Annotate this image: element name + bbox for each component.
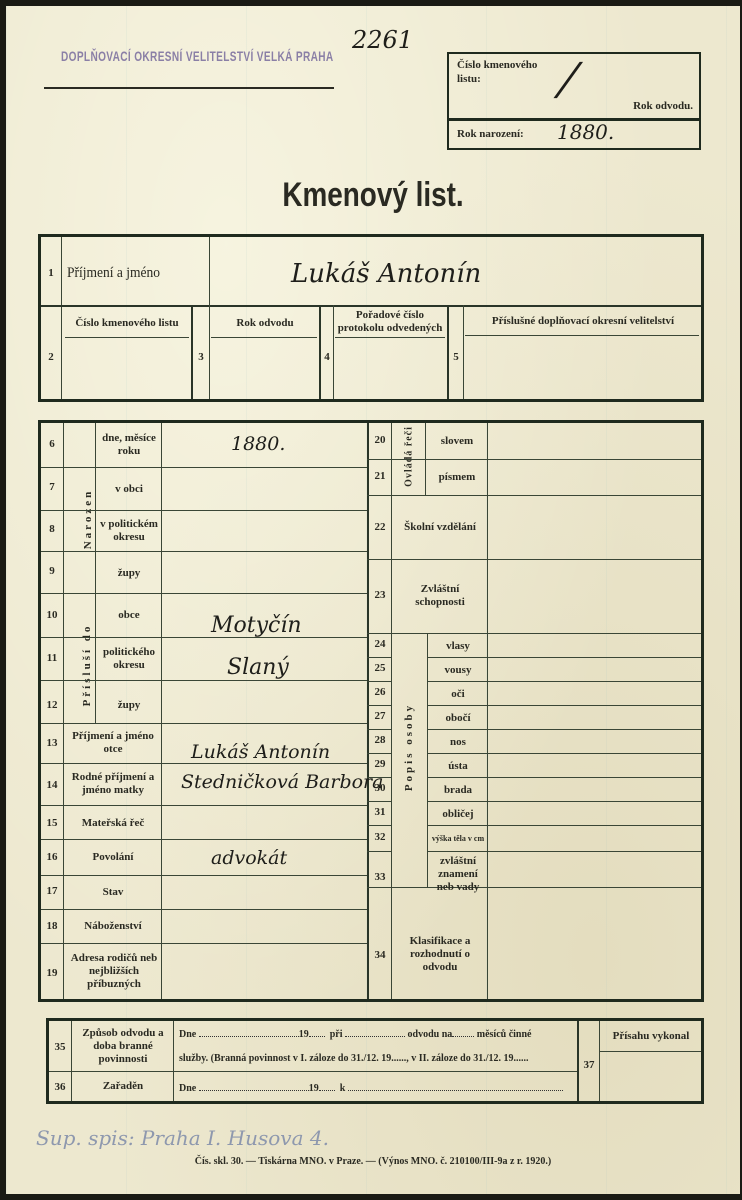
row1-label: Příjmení a jméno xyxy=(67,265,160,282)
row4-label: Pořadové číslo protokolu odvedených xyxy=(333,307,447,337)
obec-value[interactable]: Motyčín xyxy=(211,613,302,638)
section-identity: 1 Příjmení a jméno Lukáš Antonín 2 Číslo… xyxy=(38,234,704,402)
office-stamp: DOPLŇOVACÍ OKRESNÍ VELITELSTVÍ VELKÁ PRA… xyxy=(61,48,334,64)
handwritten-document-number: 2261 xyxy=(352,26,413,54)
row2-label: Číslo kmenového listu xyxy=(63,313,191,333)
section-personal: Narozen Přísluší do 6 dne, měsíce roku 1… xyxy=(38,420,704,1002)
print-footer: Čís. skl. 30. — Tiskárna MNO. v Praze. —… xyxy=(6,1156,740,1167)
rok-odvodu-label: Rok odvodu. xyxy=(633,100,693,112)
row1-value-name[interactable]: Lukáš Antonín xyxy=(291,259,481,289)
pencil-note: Sup. spis: Praha I. Husova 4. xyxy=(36,1126,329,1150)
birth-date-value[interactable]: 1880. xyxy=(231,433,285,455)
row35-label: Způsob odvodu a doba branné povinnosti xyxy=(73,1023,173,1069)
group-prislusi-do: Přísluší do xyxy=(81,615,93,715)
okres-value[interactable]: Slaný xyxy=(227,655,289,680)
mother-name-value[interactable]: Stedničková Barbora xyxy=(181,771,383,793)
cislo-kmenoveho-value[interactable]: / xyxy=(556,54,582,105)
rok-narozeni-value[interactable]: 1880. xyxy=(557,120,614,144)
cislo-kmenoveho-label: Číslo kmenového listu: xyxy=(457,58,547,86)
document-page: DOPLŇOVACÍ OKRESNÍ VELITELSTVÍ VELKÁ PRA… xyxy=(6,6,740,1194)
group-ovlada-reci: Ovládá řeči xyxy=(404,425,415,489)
row3-label: Rok odvodu xyxy=(211,313,319,333)
row35-line2: služby. (Branná povinnost v I. záloze do… xyxy=(179,1053,528,1064)
row36-label: Zařaděn xyxy=(73,1073,173,1099)
occupation-value[interactable]: advokát xyxy=(211,847,287,869)
row5-label: Příslušné doplňovací okresní velitelství xyxy=(465,311,701,331)
rok-narozeni-label: Rok narození: xyxy=(457,128,524,140)
row35-line1: Dne 19 při odvodu na měsíců činné xyxy=(179,1029,531,1040)
section-enlistment: 35 Způsob odvodu a doba branné povinnost… xyxy=(46,1018,704,1104)
page-title: Kmenový list. xyxy=(72,176,674,215)
father-name-value[interactable]: Lukáš Antonín xyxy=(191,741,330,763)
row37-label: Přísahu vykonal xyxy=(601,1025,701,1047)
top-info-box: Číslo kmenového listu: / Rok odvodu. Rok… xyxy=(447,52,701,150)
group-popis-osoby: Popis osoby xyxy=(403,697,415,797)
row36-line: Dne 19 k xyxy=(179,1083,563,1094)
stamp-underline xyxy=(44,87,334,89)
